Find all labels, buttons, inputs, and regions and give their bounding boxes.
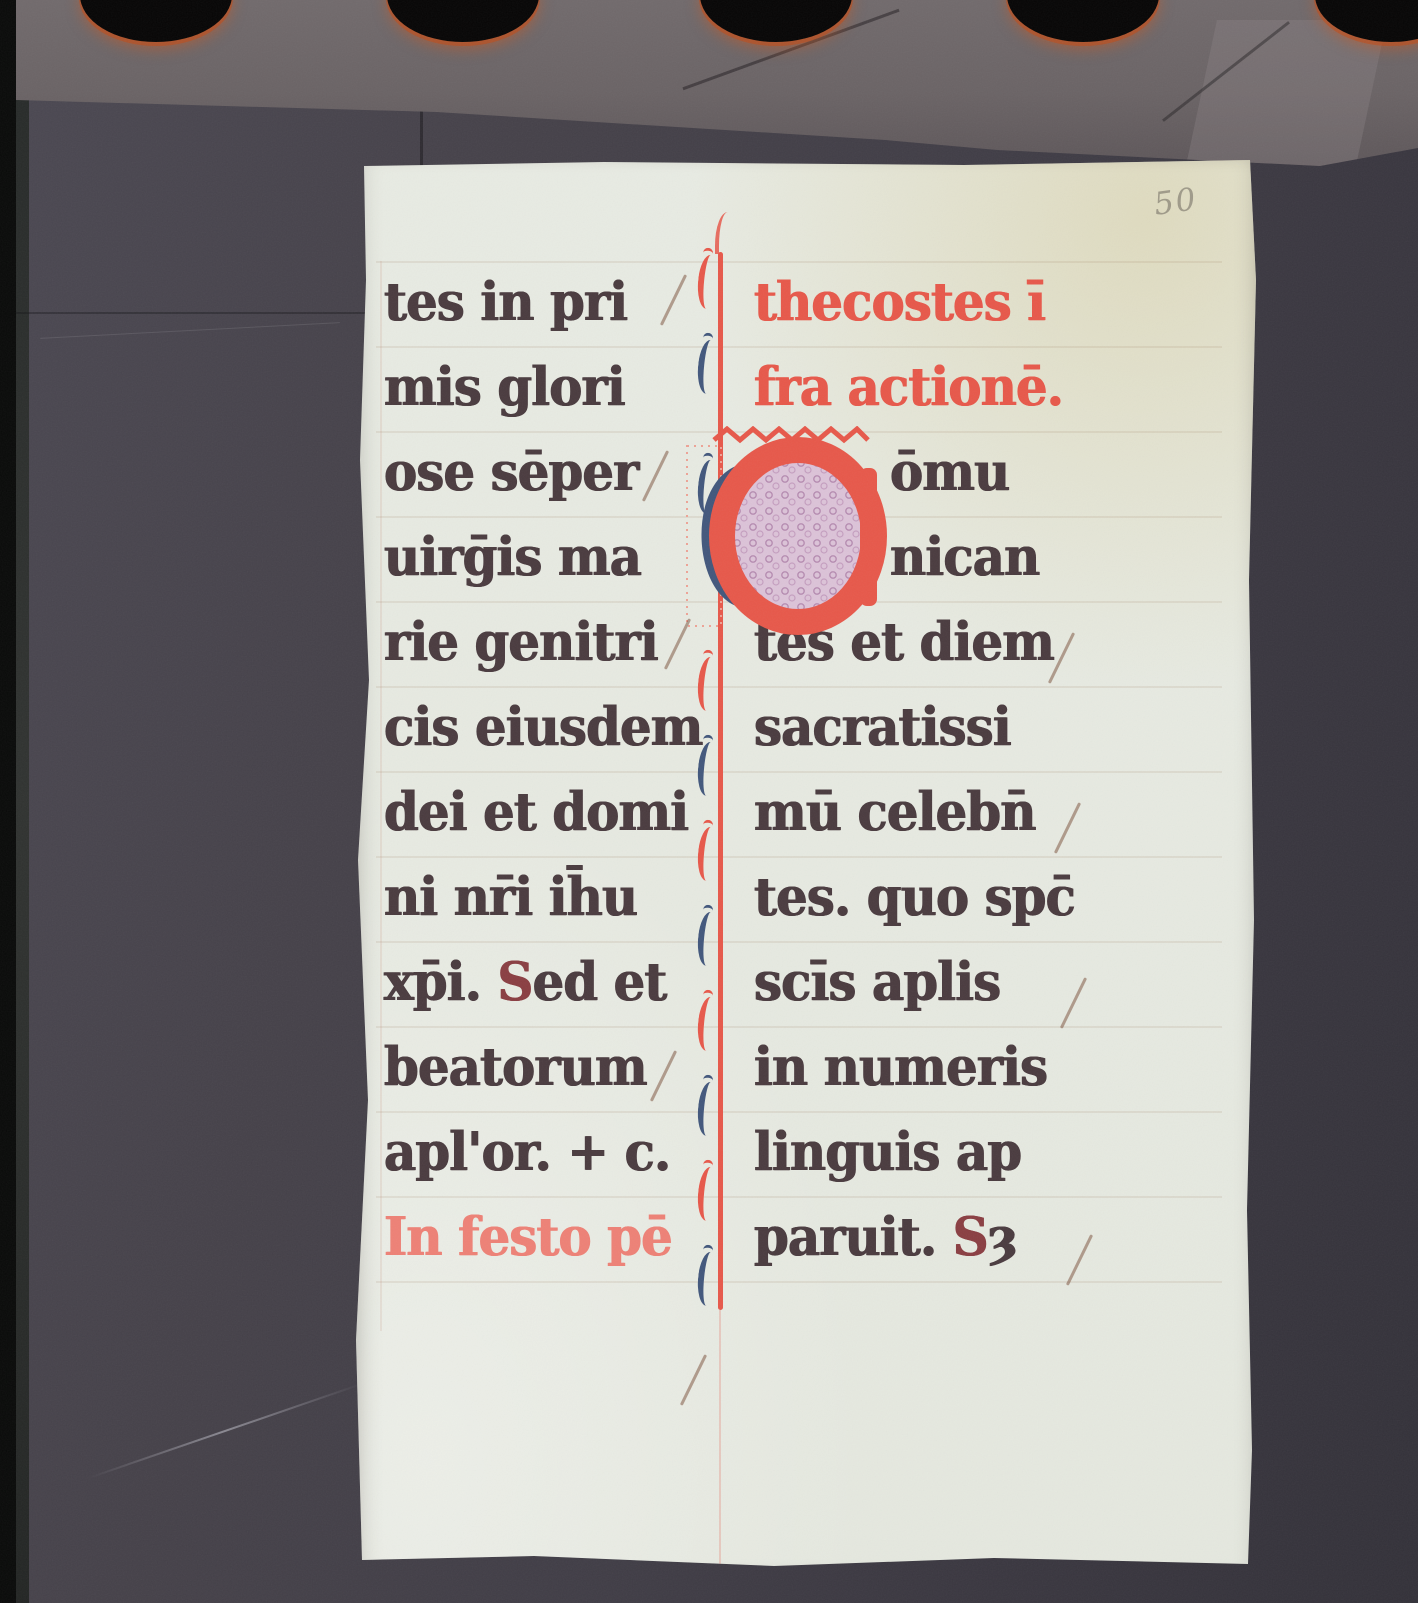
text-segment: mis glori	[384, 356, 625, 418]
manuscript-text-line: nican	[890, 515, 1091, 600]
text-segment: beatorum	[384, 1036, 647, 1098]
frame-edge-strip	[0, 0, 16, 1603]
manuscript-text-line: cis eiusdem	[384, 685, 677, 770]
manuscript-text-line: xp̄i. Sed et	[384, 940, 677, 1025]
manuscript-text-line: in numeris	[754, 1025, 1083, 1110]
manuscript-text-line: fra actionē.	[754, 345, 1083, 430]
text-segment: ed et	[533, 951, 667, 1013]
text-segment: sacratissi	[754, 696, 1011, 758]
initial-body	[722, 450, 874, 622]
text-segment: ni nr̄i ih̄u	[384, 866, 637, 928]
film-hole	[80, 0, 232, 42]
text-segment: in numeris	[754, 1036, 1047, 1098]
column-right: thecostes īfra actionē.ōmunicantes et di…	[754, 260, 1104, 1280]
text-segment: xp̄i.	[384, 951, 497, 1013]
text-segment: fra actionē.	[754, 356, 1063, 418]
manuscript-text-line: linguis ap	[754, 1110, 1083, 1195]
illuminated-initial-C: C	[684, 426, 888, 644]
text-segment: ōmu	[890, 441, 1009, 503]
folio-pencil-number: 50	[1152, 181, 1200, 223]
backing-seam	[16, 312, 424, 314]
manuscript-text-line: ni nr̄i ih̄u	[384, 855, 677, 940]
column-divider-rule	[718, 252, 723, 1310]
film-hole	[387, 0, 539, 42]
text-segment: thecostes ī	[754, 271, 1045, 333]
text-segment: uirḡis ma	[384, 526, 641, 588]
manuscript-text-line: mū celebn̄	[754, 770, 1083, 855]
manuscript-text-line: tes. quo spc̄	[754, 855, 1083, 940]
manuscript-text-line: rie genitri	[384, 600, 677, 685]
manuscript-text-line: sacratissi	[754, 685, 1083, 770]
manuscript-photo-scene: 50 tes in primis gloriose sēperuirḡis ma…	[0, 0, 1418, 1603]
manuscript-text-line: paruit. Sȝ	[754, 1195, 1083, 1280]
text-segment: tes. quo spc̄	[754, 866, 1075, 928]
text-segment: In festo pē	[384, 1206, 672, 1268]
text-segment: nican	[890, 526, 1039, 588]
text-segment: scīs aplis	[754, 951, 1000, 1013]
manuscript-text-line: apl'or. + c.	[384, 1110, 677, 1195]
text-segment: tes in pri	[384, 271, 627, 333]
manuscript-text-line: beatorum	[384, 1025, 677, 1110]
text-segment: paruit.	[754, 1206, 953, 1268]
text-segment: S	[497, 951, 532, 1013]
text-segment: linguis ap	[754, 1121, 1021, 1183]
manuscript-text-line: scīs aplis	[754, 940, 1083, 1025]
manuscript-text-line: tes in pri	[384, 260, 677, 345]
film-strip-highlight	[1185, 20, 1387, 170]
text-segment: apl'or. + c.	[384, 1121, 670, 1183]
text-segment: rie genitri	[384, 611, 658, 673]
manuscript-text-line: dei et domi	[384, 770, 677, 855]
frame-edge-strip-inner	[16, 0, 29, 1603]
ruling-vertical	[380, 261, 382, 1331]
column-left: tes in primis gloriose sēperuirḡis marie…	[384, 260, 696, 1280]
manuscript-text-line: ōmu	[890, 430, 1091, 515]
backing-scratch	[88, 1383, 363, 1479]
text-segment: mū celebn̄	[754, 781, 1036, 843]
manuscript-text-line: In festo pē	[384, 1195, 677, 1280]
manuscript-text-line: uirḡis ma	[384, 515, 677, 600]
initial-artwork	[684, 426, 888, 644]
text-segment: ȝ	[988, 1206, 1017, 1268]
text-segment: dei et domi	[384, 781, 688, 843]
manuscript-text-line: thecostes ī	[754, 260, 1083, 345]
film-hole	[1007, 0, 1159, 42]
manuscript-text-line: mis glori	[384, 345, 677, 430]
manuscript-page: 50 tes in primis gloriose sēperuirḡis ma…	[354, 160, 1256, 1572]
manuscript-text-line: ose sēper	[384, 430, 677, 515]
text-segment: ose sēper	[384, 441, 638, 503]
backing-scratch	[40, 322, 340, 339]
pen-hairline	[680, 1354, 707, 1406]
film-strip	[16, 0, 1418, 170]
text-segment: S	[953, 1206, 988, 1268]
text-segment: cis eiusdem	[384, 696, 702, 758]
